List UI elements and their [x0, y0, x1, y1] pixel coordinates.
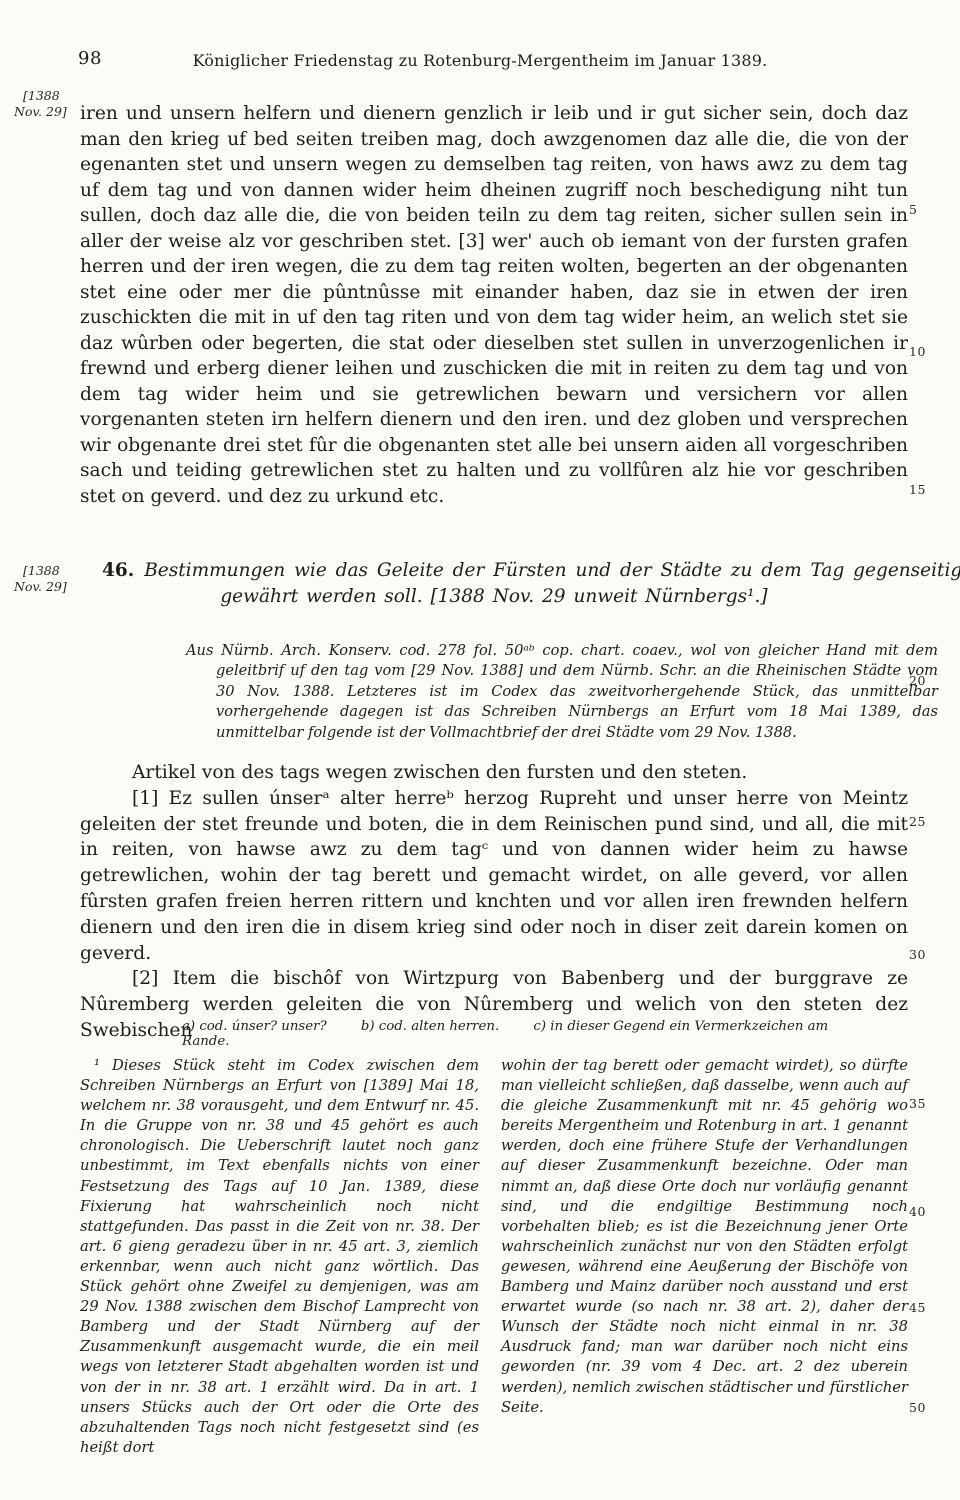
line-number: 45 [909, 1300, 939, 1315]
apparatus-line: a) cod. únser? unser? b) cod. alten herr… [182, 1019, 862, 1049]
article-heading: Artikel von des tags wegen zwischen den … [80, 760, 908, 786]
line-number: 40 [909, 1204, 939, 1219]
line-number: 35 [909, 1096, 939, 1111]
margin-date-line1: [1388 [14, 563, 80, 579]
line-number: 10 [909, 344, 939, 359]
line-number: 50 [909, 1400, 939, 1415]
running-title: Königlicher Friedenstag zu Rotenburg-Mer… [0, 51, 960, 70]
apparatus-note-a: a) cod. únser? unser? [182, 1019, 327, 1034]
line-number: 5 [909, 202, 939, 217]
line-number: 15 [909, 482, 939, 497]
article-body: Artikel von des tags wegen zwischen den … [80, 760, 908, 1044]
scanned-book-page: 98 Königlicher Friedenstag zu Rotenburg-… [0, 0, 960, 1500]
apparatus-note-b: b) cod. alten herren. [361, 1019, 499, 1034]
line-number: 30 [909, 947, 939, 962]
margin-date-note: [1388 Nov. 29] [14, 88, 80, 120]
margin-date-line1: [1388 [14, 88, 80, 104]
footnote-block: ¹ Dieses Stück steht im Codex zwischen d… [80, 1056, 908, 1458]
footnote-column-left: ¹ Dieses Stück steht im Codex zwischen d… [80, 1056, 479, 1458]
section-number: 46. [102, 560, 134, 581]
continuation-paragraph: iren und unsern helfern und dienern genz… [80, 101, 908, 509]
margin-date-line2: Nov. 29] [14, 579, 80, 595]
margin-date-note: [1388 Nov. 29] [14, 563, 80, 595]
line-number: 25 [909, 814, 939, 829]
section-title-line2: gewährt werden soll. [1388 Nov. 29 unwei… [80, 584, 908, 610]
source-note: Aus Nürnb. Arch. Konserv. cod. 278 fol. … [186, 641, 938, 743]
section-title-line1: Bestimmungen wie das Geleite der Fürsten… [144, 560, 960, 581]
margin-date-line2: Nov. 29] [14, 104, 80, 120]
footnote-column-right: wohin der tag berett oder gemacht wirdet… [501, 1056, 908, 1458]
section-heading: 46.Bestimmungen wie das Geleite der Fürs… [80, 558, 908, 610]
article-paragraph-1: [1] Ez sullen únserᵃ alter herreᵇ herzog… [80, 786, 908, 967]
